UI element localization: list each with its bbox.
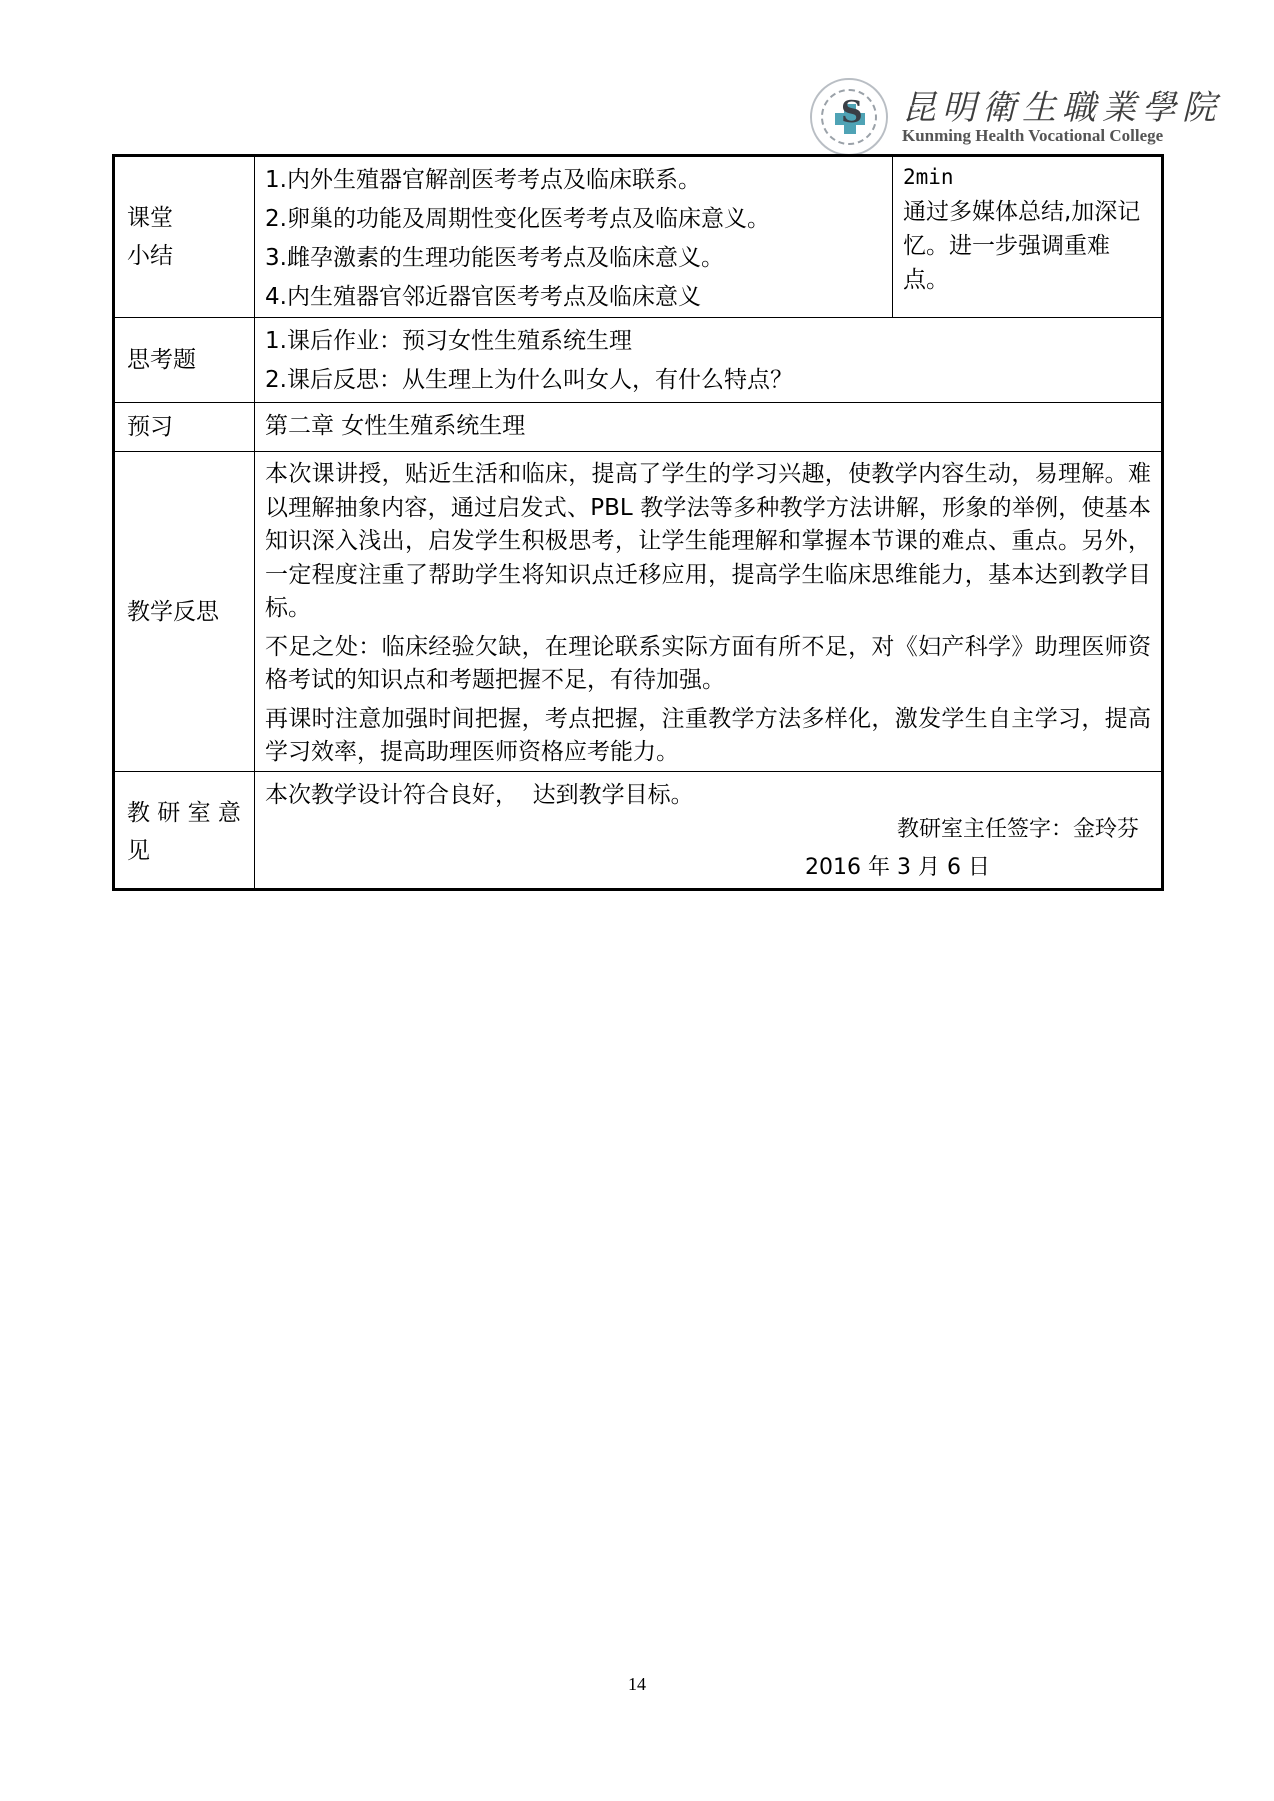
opinion-date: 2016 年 3 月 6 日 [805, 850, 990, 881]
lesson-plan-table: 课堂 小结 1.内外生殖器官解剖医考考点及临床联系。 2.卵巢的功能及周期性变化… [112, 154, 1164, 891]
questions-content: 1.课后作业：预习女性生殖系统生理 2.课后反思：从生理上为什么叫女人，有什么特… [255, 318, 1161, 402]
row-label: 思考题 [115, 318, 255, 402]
summary-side-cell: 2min 通过多媒体总结,加深记忆。进一步强调重难点。 [892, 157, 1161, 317]
row-label: 教学反思 [115, 452, 255, 771]
summary-item: 3.雌孕激素的生理功能医考考点及临床意义。 [265, 239, 879, 278]
preview-content: 第二章 女性生殖系统生理 [255, 403, 1161, 451]
opinion-comment: 本次教学设计符合良好， 达到教学目标。 [265, 776, 1151, 815]
college-name-cn: 昆明衛生職業學院 [902, 80, 1222, 129]
table-row-preview: 预习 第二章 女性生殖系统生理 [115, 403, 1161, 452]
page-number: 14 [0, 1674, 1274, 1695]
summary-item: 4.内生殖器官邻近器官医考考点及临床意义 [265, 278, 879, 317]
summary-content: 1.内外生殖器官解剖医考考点及临床联系。 2.卵巢的功能及周期性变化医考考点及临… [255, 157, 889, 317]
row-label-line: 教 研 室 意 [127, 794, 241, 832]
question-item: 2.课后反思：从生理上为什么叫女人，有什么特点？ [265, 361, 1151, 400]
row-label: 教 研 室 意 见 [115, 772, 255, 891]
college-logo: S 昆明衛生職業學院 Kunming Health Vocational Col… [810, 78, 1170, 154]
table-row-questions: 思考题 1.课后作业：预习女性生殖系统生理 2.课后反思：从生理上为什么叫女人，… [115, 318, 1161, 403]
row-label-line: 小结 [127, 237, 173, 275]
method-note: 通过多媒体总结,加深记忆。进一步强调重难点。 [903, 195, 1151, 297]
row-label: 课堂 小结 [115, 157, 255, 317]
college-name-en: Kunming Health Vocational College [902, 126, 1163, 146]
row-label: 预习 [115, 403, 255, 451]
reflection-content: 本次课讲授，贴近生活和临床，提高了学生的学习兴趣，使教学内容生动，易理解。难以理… [255, 452, 1161, 771]
row-label-line: 课堂 [127, 199, 173, 237]
table-row-reflection: 教学反思 本次课讲授，贴近生活和临床，提高了学生的学习兴趣，使教学内容生动，易理… [115, 452, 1161, 772]
summary-item: 1.内外生殖器官解剖医考考点及临床联系。 [265, 161, 879, 200]
reflection-paragraph: 不足之处：临床经验欠缺，在理论联系实际方面有所不足，对《妇产科学》助理医师资格考… [265, 631, 1151, 698]
duration: 2min [903, 161, 1151, 193]
reflection-paragraph: 再课时注意加强时间把握，考点把握，注重教学方法多样化，激发学生自主学习，提高学习… [265, 703, 1151, 770]
opinion-content: 本次教学设计符合良好， 达到教学目标。 教研室主任签字：金玲芬 2016 年 3… [255, 772, 1161, 891]
emblem-serpent-icon: S [841, 98, 863, 128]
question-item: 1.课后作业：预习女性生殖系统生理 [265, 322, 1151, 361]
summary-item: 2.卵巢的功能及周期性变化医考考点及临床意义。 [265, 200, 879, 239]
college-emblem-icon: S [810, 78, 888, 156]
director-signature: 教研室主任签字：金玲芬 [897, 812, 1139, 843]
table-row-department-opinion: 教 研 室 意 见 本次教学设计符合良好， 达到教学目标。 教研室主任签字：金玲… [115, 772, 1161, 891]
preview-item: 第二章 女性生殖系统生理 [265, 407, 1151, 446]
reflection-paragraph: 本次课讲授，贴近生活和临床，提高了学生的学习兴趣，使教学内容生动，易理解。难以理… [265, 458, 1151, 626]
row-label-line: 见 [127, 832, 241, 870]
table-row-summary: 课堂 小结 1.内外生殖器官解剖医考考点及临床联系。 2.卵巢的功能及周期性变化… [115, 157, 1161, 318]
